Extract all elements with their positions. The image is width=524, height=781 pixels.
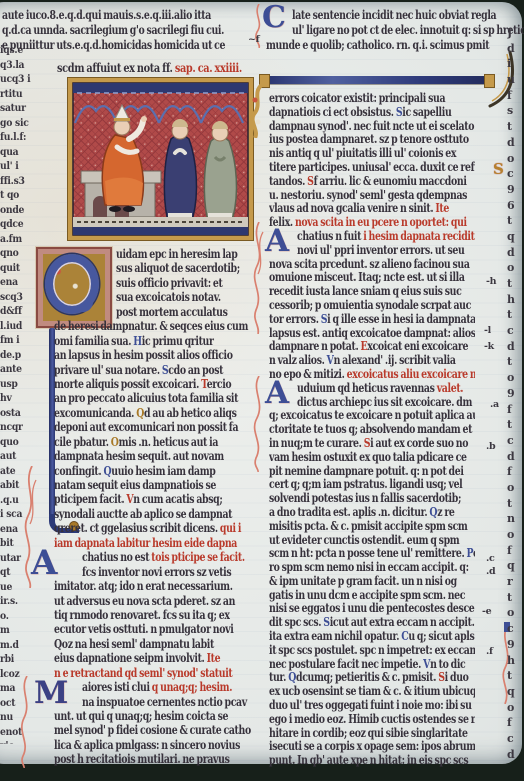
- body-text: imitator. atq; ido n erat necessarium.: [54, 579, 233, 593]
- cropped-text-fragment: n: [507, 512, 524, 528]
- margin-reference-mark: .f: [486, 646, 493, 657]
- body-text: C: [401, 629, 408, 643]
- gloss-line: ir.s.: [0, 595, 40, 610]
- cropped-text-fragment: c: [507, 324, 524, 340]
- margin-reference-mark: .b: [486, 441, 495, 452]
- body-text: felix.: [269, 215, 295, 229]
- cropped-text-fragment: u: [507, 73, 524, 89]
- cropped-text-fragment: q: [507, 230, 524, 246]
- cropped-text-fragment: d: [507, 42, 524, 58]
- body-text: no epo & mitizi.: [269, 367, 347, 381]
- body-text: or: [473, 546, 475, 560]
- body-text: nova scita prcedunt. sz alieno facinou s…: [269, 257, 470, 271]
- cropped-text-fragment: o: [507, 481, 524, 497]
- body-text: O: [111, 435, 119, 449]
- miniature-illustration: [67, 77, 254, 241]
- text-line: late sentencie incidit nec huic obviat r…: [292, 4, 522, 19]
- cropped-text-fragment: 9: [507, 387, 524, 403]
- cropped-text-fragment: d: [507, 450, 524, 466]
- body-text: q; excoicatus te excoicare n potuit apli…: [269, 408, 475, 422]
- body-text: ut adversus eu nova scta pderet. sz an: [54, 594, 235, 608]
- margin-reference-mark: -h: [486, 276, 496, 287]
- gloss-line: go sic: [0, 117, 40, 132]
- body-text: ic sapelliu: [402, 105, 451, 119]
- gloss-line: fu.l.f:: [0, 131, 40, 146]
- body-text: errors coicator existit: principali sua: [269, 91, 445, 105]
- body-text: ercio: [207, 377, 232, 391]
- cropped-text-fragment: i: [507, 57, 524, 73]
- gloss-line: ucq3 i: [0, 73, 40, 88]
- body-text: e puniittur uts.e.q.d.homicidas homicida…: [2, 38, 225, 52]
- cropped-text-fragment: o: [507, 152, 524, 168]
- pen-flourish: [16, 676, 34, 768]
- right-edge-cropped-text: Jdiufstdoc96tqdothtcdto9ftcdfotnofqrtoc9…: [507, 26, 524, 764]
- gloss-line: ena: [0, 276, 40, 291]
- body-text: ctoritate te tuos q; absolvendo mandam e…: [269, 422, 472, 436]
- cropped-text-fragment: o: [507, 606, 524, 622]
- body-text: dampnata hesim sequit. aut novam: [54, 449, 224, 463]
- gloss-line: hv: [0, 392, 40, 407]
- body-text: dapnatiois ci ect obsistus.: [269, 105, 396, 119]
- cropped-text-fragment: o: [507, 371, 524, 387]
- body-text: lapsus est. antiq excoicatoe dampnat: al…: [269, 326, 475, 340]
- margin-reference-mark: -e: [482, 606, 491, 617]
- gloss-line: fm i: [0, 334, 40, 349]
- body-text: ego i medio eoz. Himib cuctis ostendes s…: [269, 712, 475, 726]
- cropped-text-fragment: h: [507, 293, 524, 309]
- body-text: post mortem acculatus: [116, 305, 228, 319]
- cropped-text-fragment: f: [507, 403, 524, 419]
- rubric-text: Ite: [435, 201, 449, 215]
- body-text: punt. In qb' aute xpe n hitat: in eis sp…: [269, 753, 468, 767]
- text-line: errors coicator existit: principali sua: [269, 87, 475, 101]
- body-text: V: [327, 353, 334, 367]
- cropped-text-fragment: t: [507, 355, 524, 371]
- top-right-text-block: late sentencie incidit nec huic obviat r…: [266, 4, 522, 49]
- cropped-text-fragment: d: [507, 136, 524, 152]
- cropped-text-fragment: r: [507, 575, 524, 591]
- body-text: n alexand' .ij. scribit valia: [334, 353, 456, 367]
- rubric-text: nova scita in eu pcere n oportet: qui: [295, 215, 467, 229]
- cropped-text-fragment: f: [507, 544, 524, 560]
- rubric-text: E: [361, 339, 368, 353]
- cropped-text-fragment: 6: [507, 199, 524, 215]
- body-text: gatis in unu dcm e accipite spm scm. nec: [269, 588, 465, 602]
- gloss-line: osta: [0, 407, 40, 422]
- body-text: icut aut extra eccam n accipit.: [330, 615, 475, 629]
- body-text: n to dic: [430, 657, 465, 671]
- body-text: lica & aplica pmlgass: n sincero novius: [54, 738, 240, 752]
- cropped-text-fragment: 9: [507, 183, 524, 199]
- body-text: suis officio privavit: et: [116, 276, 223, 290]
- body-text: i duo: [445, 670, 469, 684]
- cropped-text-fragment: t: [507, 497, 524, 513]
- body-text: Qoz na hesi seml' dampnatu labit: [54, 637, 214, 651]
- gloss-line: de.p: [0, 349, 40, 364]
- body-text: qreret. ct ggelasius scribit dicens.: [54, 521, 220, 535]
- gloss-line: onde: [0, 204, 40, 219]
- body-text: aiores isti clui: [82, 680, 152, 694]
- manuscript-photo: { "photo": {"background": "#17201a"}, "p…: [0, 0, 524, 781]
- gloss-line: quit: [0, 262, 40, 277]
- body-text: a dno tradita est. aplis .n. dicitur.: [269, 505, 429, 519]
- body-text: ex ucb osensint se tiam & c. & itium ubi…: [269, 684, 475, 698]
- body-text: privare ul' sua notare.: [54, 363, 162, 377]
- body-text: confingit.: [54, 464, 103, 478]
- gloss-line: ante: [0, 363, 40, 378]
- body-text: u. nestoriu. synod' seml' gesta qdempnas: [269, 188, 467, 202]
- body-text: nisi se eggatos i unu die pentecostes de…: [269, 601, 474, 615]
- rubric-text: Ite: [207, 651, 221, 665]
- body-text: omi familia sua.: [54, 334, 133, 348]
- cropped-text-fragment: c: [507, 167, 524, 183]
- body-text: tur.: [269, 670, 288, 684]
- body-text: fcs inventor novi errors sz vetis: [82, 565, 231, 579]
- gloss-line: ul' i: [0, 160, 40, 175]
- body-text: pticipem facit.: [54, 492, 126, 506]
- gloss-line: m: [0, 624, 40, 639]
- cropped-text-fragment: o: [507, 528, 524, 544]
- gloss-line: rtitu: [0, 88, 40, 103]
- body-text: de heresi dampnatur. & seqces eius cum: [54, 319, 248, 333]
- body-text: titere participes. uniusal' ecca. duxit …: [269, 160, 475, 174]
- body-text: & ipm unitate p gram facit. un n nisi og: [269, 574, 457, 588]
- cropped-text-fragment: t: [507, 277, 524, 293]
- body-text: H: [133, 334, 141, 348]
- rubric-text: V: [126, 492, 133, 506]
- body-text: tiq rnmodo renovaret. fcs su ita q; ex: [54, 608, 230, 622]
- cropped-text-fragment: t: [507, 418, 524, 434]
- margin-reference-mark: .a: [490, 399, 499, 410]
- gloss-line: qdce: [0, 218, 40, 233]
- gloss-line: a.fm: [0, 233, 40, 248]
- body-text: d au ab hetico aliqs: [144, 406, 237, 420]
- margin-reference-mark: .d: [486, 566, 495, 577]
- top-blue-band: [73, 83, 248, 93]
- body-text: Q: [429, 505, 437, 519]
- gloss-line: qua: [0, 146, 40, 161]
- body-text: post h recitatiois mutilari. ne pravus: [54, 752, 229, 766]
- cropped-text-fragment: t: [507, 308, 524, 324]
- body-text: dcumq; petieritis & c. pmisit.: [296, 670, 438, 684]
- cropped-text-fragment: o: [507, 701, 524, 717]
- body-text: uduium qd heticus ravennas: [297, 381, 437, 395]
- cropped-text-fragment: o: [507, 261, 524, 277]
- gloss-line: q3.la: [0, 59, 40, 74]
- cropped-text-fragment: f: [507, 716, 524, 732]
- body-text: na inspuatoe cernentes nctio pcav: [82, 695, 247, 709]
- body-text: pit nemine dampnare potuit. q: n pot dei: [269, 464, 464, 478]
- body-text: tandos.: [269, 174, 307, 188]
- cropped-text-fragment: c: [507, 622, 524, 638]
- body-text: Q: [288, 670, 296, 684]
- body-text: misitis pcta. & c. pmisit accipite spm s…: [269, 519, 467, 533]
- body-text: nis antiq q ul' piuitatis illi ul' coion…: [269, 146, 456, 160]
- body-text: tor errors.: [269, 312, 321, 326]
- body-text: eius dapnatione seipm involvit.: [54, 651, 207, 665]
- base-blue-band: [73, 227, 248, 235]
- body-text: cdo an post: [168, 363, 223, 377]
- body-text: synodali auctte ab aplico se dampnat: [54, 507, 232, 521]
- body-text: ut evideter cunctis ostendit. eum q spm: [269, 533, 459, 547]
- cropped-text-fragment: h: [507, 654, 524, 670]
- body-text: ic primu qritur: [142, 334, 214, 348]
- margin-reference-mark: ~f: [248, 34, 259, 45]
- cropped-text-fragment: d: [507, 246, 524, 262]
- body-text: late sentencie incidit nec huic obviat r…: [292, 8, 496, 22]
- body-text: uidam epc in heresim lap: [116, 247, 237, 261]
- cropped-text-fragment: t: [507, 214, 524, 230]
- gloss-line: quo: [0, 436, 40, 451]
- body-text: munde e quolib; catholico. rn. q.i. scim…: [266, 38, 489, 52]
- body-text: n valz alios.: [269, 353, 327, 367]
- body-text: xcoicat eni excoicare: [367, 339, 468, 353]
- body-text: vlaus ad nova gcalia venire n sinit.: [269, 201, 435, 215]
- body-text: u q; sicut apls a: [408, 629, 475, 643]
- gloss-line: satur: [0, 102, 40, 117]
- rubric-text: excoicatus aliu excoicare n: [347, 367, 475, 381]
- body-text: dit spc scs.: [269, 615, 323, 629]
- margin-reference-mark: S: [493, 160, 504, 178]
- body-text: cessorib; p omuientia synodale scrpat au…: [269, 298, 471, 312]
- cropped-text-fragment: d: [507, 748, 524, 764]
- body-text: dampnau synod'. nec fuit ncte ut ei scel…: [269, 119, 474, 133]
- miniature-bishop-scene: [67, 77, 254, 241]
- body-text: morte aliquis possit excoicari.: [54, 377, 201, 391]
- body-text: an lapsus in hesim possit alios officio: [54, 348, 233, 362]
- cropped-text-fragment: t: [507, 120, 524, 136]
- gloss-line: scq3: [0, 291, 40, 306]
- body-text: cert q; q;m iam pstratus. ligandi usq; v…: [269, 477, 462, 491]
- body-text: in nuq;m te curare.: [269, 436, 364, 450]
- body-text: sus aliquot de sacerdotib;: [116, 261, 240, 275]
- rubric-text: n e retractand qd seml' synod' statuit: [54, 666, 232, 680]
- body-text: scm n ht: pcta n posse tene ul' remitter…: [269, 546, 467, 560]
- body-text: dampnare n potat.: [269, 339, 361, 353]
- body-text: vam hesim ostuxit ex quo talia pdicare c…: [269, 450, 467, 464]
- body-text: ecutor vetis osttuti. n pmulgator novi: [54, 622, 233, 636]
- header-black-text: scdm affuiut ex nota ff.: [57, 60, 173, 75]
- body-text: n cum acatis absq;: [133, 492, 222, 506]
- body-text: sua excoicatois notav.: [116, 290, 221, 304]
- margin-reference-mark: -l: [484, 325, 491, 336]
- body-text: novi ul' ppri inventor errors. ut seu: [297, 243, 464, 257]
- header-rubric-red: sap. ca. xxiiii.: [175, 60, 242, 75]
- gloss-line: rbi: [0, 653, 40, 668]
- body-text: chatius n fuit: [297, 229, 363, 243]
- body-text: chatius no est: [82, 550, 151, 564]
- cropped-text-fragment: c: [507, 434, 524, 450]
- rubric-text: q unaq;q; hesim.: [152, 680, 232, 694]
- gloss-line: m.d: [0, 639, 40, 654]
- cropped-text-fragment: d: [507, 340, 524, 356]
- cropped-text-fragment: 9: [507, 638, 524, 654]
- text-line: uidam epc in heresim lap: [116, 243, 268, 257]
- body-text: isecuti se a corpis x opage sem: ipos ab…: [269, 739, 475, 753]
- cropped-text-fragment: s: [507, 104, 524, 120]
- gloss-line: usp: [0, 378, 40, 393]
- left-margin-gloss: iqs.eq3.laucq3 irtitusaturgo sicfu.l.f:q…: [0, 44, 46, 744]
- gloss-line: ffi.s3: [0, 175, 40, 190]
- gold-leaf-ornament: [249, 84, 266, 138]
- cropped-text-fragment: q: [507, 685, 524, 701]
- gloss-line: ncqr: [0, 421, 40, 436]
- body-text: hitare in cordib; eoz qui sibie singlari…: [269, 726, 468, 740]
- gloss-line: o.: [0, 610, 40, 625]
- body-text: an pro peccato alicuius tota familia sit: [54, 391, 238, 405]
- cropped-text-fragment: t: [507, 669, 524, 685]
- margin-reference-mark: -k: [484, 341, 494, 352]
- body-text: mel synod' p fidei cosione & curate cath…: [54, 723, 251, 737]
- cropped-text-fragment: q: [507, 559, 524, 575]
- gloss-line: qno: [0, 247, 40, 262]
- gloss-line: aut: [0, 450, 40, 465]
- column-divider-bar: [266, 76, 488, 84]
- cropped-text-fragment: f: [507, 89, 524, 105]
- body-text: ul' ligare no pot ct de elec. innotuit q…: [292, 23, 524, 37]
- body-text: unt. ut qui q unaq;q; hesim coicta se: [54, 709, 228, 723]
- body-text: uuio hesim iam damp: [111, 464, 215, 478]
- body-text: duo ul' tres oggegati fuint i noie mo: i…: [269, 698, 472, 712]
- cropped-text-fragment: J: [507, 26, 524, 42]
- rubric-text: tois pticipe se facit.: [151, 550, 244, 564]
- body-text: nec postulare facit nec impetie.: [269, 657, 423, 671]
- gloss-line: l.iud: [0, 320, 40, 335]
- cropped-text-fragment: t: [507, 591, 524, 607]
- margin-reference-mark: .c: [486, 553, 495, 564]
- body-text: mis .n. heticus aut ia: [119, 435, 218, 449]
- body-text: z re: [437, 505, 454, 519]
- gloss-line: t qo: [0, 189, 40, 204]
- body-text: V: [423, 657, 430, 671]
- body-text: deponi aut excomunicari non possit fa: [54, 420, 238, 434]
- body-text: q.d.ca unnda. sacrilegium g'o sacrilegi …: [2, 23, 224, 37]
- body-text: natam sequit eius dampnatiois se: [54, 478, 216, 492]
- body-text: i q ille esse in hesi ia dampnata: [327, 312, 475, 326]
- body-text: f arriu. lic & eunomiu maccdoni: [314, 174, 467, 188]
- body-text: aute iuco.8.e.q.d.qui mauis.s.e.q.iii.al…: [2, 8, 211, 22]
- body-text: i aut ex corde suo no: [370, 436, 468, 450]
- body-text: it spc scs postulet. spc n impetret: ex …: [269, 643, 475, 657]
- body-text: excomunicanda.: [54, 406, 136, 420]
- rubric-text: i hesim dapnata recidit.: [363, 229, 475, 243]
- cropped-text-fragment: c: [507, 732, 524, 748]
- text-line: aute iuco.8.e.q.d.qui mauis.s.e.q.iii.al…: [2, 4, 260, 19]
- gloss-line: d&ff: [0, 305, 40, 320]
- top-left-text-block: aute iuco.8.e.q.d.qui mauis.s.e.q.iii.al…: [2, 4, 260, 49]
- body-text: recedit iusta lance sniam q eius suis su…: [269, 284, 461, 298]
- rubric-text: qui i: [220, 521, 241, 535]
- body-text: ro spm scm nemo nisi in eccam accipit. q…: [269, 560, 469, 574]
- body-text: ita extra eam nichil opatur.: [269, 629, 401, 643]
- rubric-text: valet.: [437, 381, 463, 395]
- body-text: cile pbatur.: [54, 435, 111, 449]
- rubric-text: iam dapnata labitur hesim eide dapna: [54, 536, 237, 550]
- body-text: solvendi potestas ius n fallis sacerdoti…: [269, 491, 461, 505]
- body-text: omuione misceut. Itaq; ncte est. ut si i…: [269, 270, 465, 284]
- right-text-column: errors coicator existit: principali suad…: [269, 87, 475, 767]
- cropped-text-fragment: f: [507, 465, 524, 481]
- body-text: ius postea dampnaret. sz p tenore osttut…: [269, 132, 469, 146]
- left-text-column: uidam epc in heresim lapsus aliquot de s…: [54, 243, 268, 767]
- body-text: dictus archiepc ius sit excoicare. dm: [297, 395, 472, 409]
